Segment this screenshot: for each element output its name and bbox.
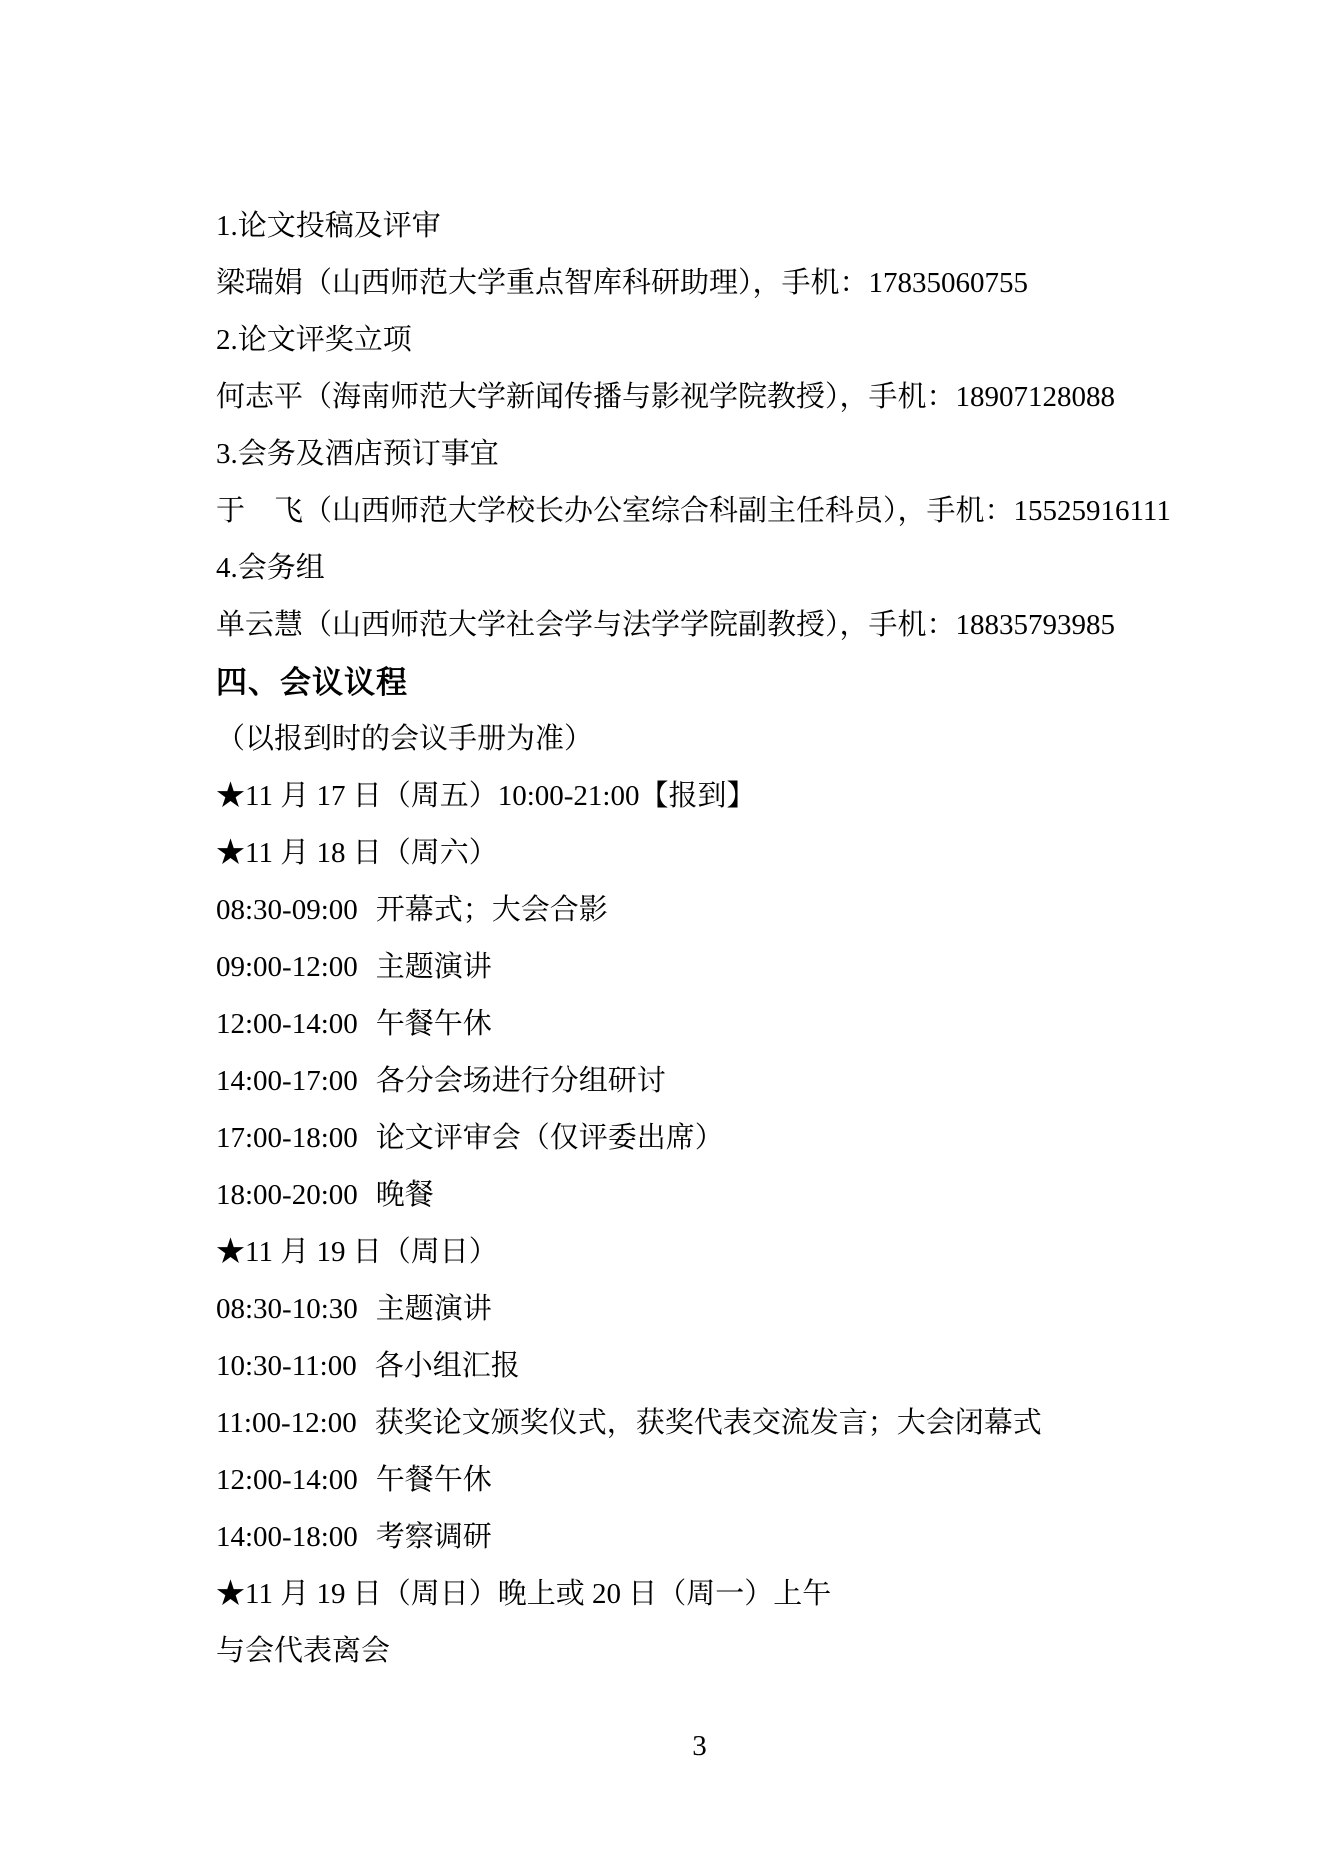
- agenda-day-1-title: 11 月 17 日（周五）10:00-21:00【报到】: [245, 780, 755, 812]
- slot-time: 12:00-14:00: [216, 1452, 358, 1509]
- agenda-departure-header: ★11 月 19 日（周日）晚上或 20 日（周一）上午: [216, 1566, 1183, 1623]
- slot-time: 17:00-18:00: [216, 1110, 358, 1167]
- slot-time: 18:00-20:00: [216, 1167, 358, 1224]
- agenda-slot: 12:00-14:00午餐午休: [216, 996, 1183, 1053]
- slot-activity: 晚餐: [376, 1179, 434, 1211]
- star-icon: ★: [216, 1236, 245, 1268]
- slot-activity: 获奖论文颁奖仪式，获奖代表交流发言；大会闭幕式: [375, 1407, 1042, 1439]
- agenda-slot: 11:00-12:00获奖论文颁奖仪式，获奖代表交流发言；大会闭幕式: [216, 1395, 1183, 1452]
- agenda-slot: 09:00-12:00主题演讲: [216, 939, 1183, 996]
- star-icon: ★: [216, 780, 245, 812]
- slot-activity: 考察调研: [376, 1521, 492, 1553]
- slot-activity: 主题演讲: [376, 1293, 492, 1325]
- agenda-day-2-title: 11 月 18 日（周六）: [245, 837, 498, 869]
- slot-activity: 各分会场进行分组研讨: [376, 1065, 666, 1097]
- contact-group-3-person: 于 飞（山西师范大学校长办公室综合科副主任科员），手机：15525916111: [216, 483, 1183, 540]
- agenda-slot: 08:30-10:30主题演讲: [216, 1281, 1183, 1338]
- agenda-slot: 14:00-18:00考察调研: [216, 1509, 1183, 1566]
- agenda-day-1-header: ★11 月 17 日（周五）10:00-21:00【报到】: [216, 768, 1183, 825]
- slot-activity: 论文评审会（仅评委出席）: [376, 1122, 724, 1154]
- agenda-departure-detail: 与会代表离会: [216, 1623, 1183, 1680]
- slot-time: 14:00-18:00: [216, 1509, 358, 1566]
- agenda-day-3-title: 11 月 19 日（周日）: [245, 1236, 498, 1268]
- slot-time: 10:30-11:00: [216, 1338, 357, 1395]
- contact-group-2-title: 2.论文评奖立项: [216, 312, 1183, 369]
- slot-activity: 主题演讲: [376, 951, 492, 983]
- contact-group-1-title: 1.论文投稿及评审: [216, 198, 1183, 255]
- page-number: 3: [216, 1718, 1183, 1775]
- agenda-slot: 14:00-17:00各分会场进行分组研讨: [216, 1053, 1183, 1110]
- agenda-slot: 18:00-20:00晚餐: [216, 1167, 1183, 1224]
- contact-group-4-person: 单云慧（山西师范大学社会学与法学学院副教授），手机：18835793985: [216, 597, 1183, 654]
- slot-time: 08:30-09:00: [216, 882, 358, 939]
- agenda-slot: 08:30-09:00开幕式；大会合影: [216, 882, 1183, 939]
- agenda-slot: 10:30-11:00各小组汇报: [216, 1338, 1183, 1395]
- slot-activity: 开幕式；大会合影: [376, 894, 608, 926]
- slot-activity: 午餐午休: [376, 1008, 492, 1040]
- contact-group-3-title: 3.会务及酒店预订事宜: [216, 426, 1183, 483]
- slot-activity: 午餐午休: [376, 1464, 492, 1496]
- star-icon: ★: [216, 1578, 245, 1610]
- contact-group-2-person: 何志平（海南师范大学新闻传播与影视学院教授），手机：18907128088: [216, 369, 1183, 426]
- agenda-day-2-header: ★11 月 18 日（周六）: [216, 825, 1183, 882]
- agenda-slot: 17:00-18:00论文评审会（仅评委出席）: [216, 1110, 1183, 1167]
- agenda-departure-title: 11 月 19 日（周日）晚上或 20 日（周一）上午: [245, 1578, 831, 1610]
- slot-time: 08:30-10:30: [216, 1281, 358, 1338]
- star-icon: ★: [216, 837, 245, 869]
- slot-activity: 各小组汇报: [375, 1350, 520, 1382]
- agenda-day-3-header: ★11 月 19 日（周日）: [216, 1224, 1183, 1281]
- contact-group-4-title: 4.会务组: [216, 540, 1183, 597]
- agenda-slot: 12:00-14:00午餐午休: [216, 1452, 1183, 1509]
- slot-time: 11:00-12:00: [216, 1395, 357, 1452]
- slot-time: 12:00-14:00: [216, 996, 358, 1053]
- agenda-note: （以报到时的会议手册为准）: [216, 711, 1183, 768]
- slot-time: 14:00-17:00: [216, 1053, 358, 1110]
- slot-time: 09:00-12:00: [216, 939, 358, 996]
- document-page: 1.论文投稿及评审 梁瑞娟（山西师范大学重点智库科研助理），手机：1783506…: [0, 0, 1323, 1871]
- agenda-section-heading: 四、会议议程: [216, 654, 1183, 711]
- page-content: 1.论文投稿及评审 梁瑞娟（山西师范大学重点智库科研助理），手机：1783506…: [0, 0, 1323, 1680]
- contact-group-1-person: 梁瑞娟（山西师范大学重点智库科研助理），手机：17835060755: [216, 255, 1183, 312]
